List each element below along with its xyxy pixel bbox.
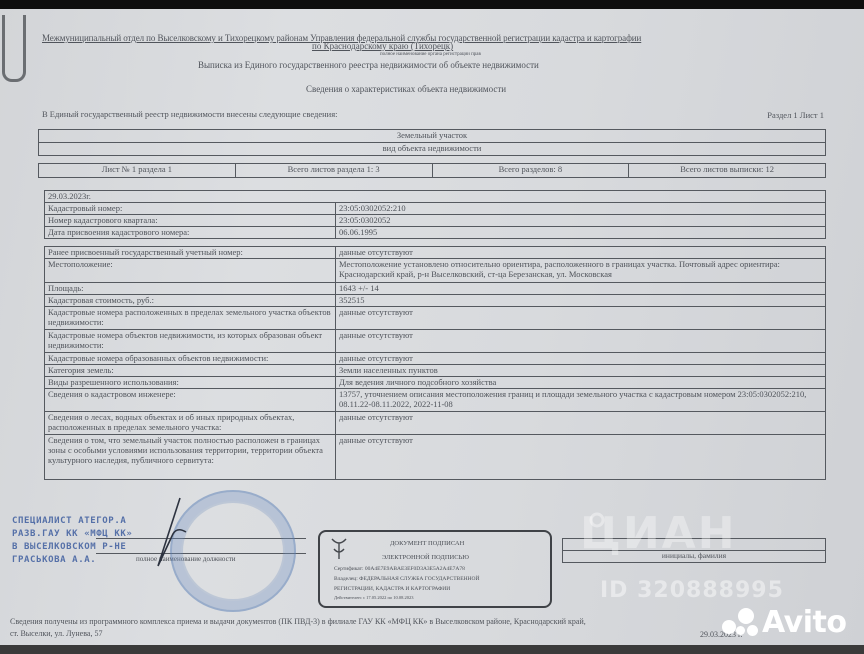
row-label: Площадь: [45, 283, 336, 295]
table-row: Номер кадастрового квартала:23:05:030205… [45, 215, 826, 227]
avito-dots-icon [722, 606, 760, 638]
cian-watermark: ЦИАН [580, 508, 737, 559]
table-row: Кадастровая стоимость, руб.:352515 [45, 295, 826, 307]
avito-wordmark: Avito [762, 605, 846, 640]
row-label: Кадастровые номера расположенных в преде… [45, 307, 336, 330]
agency-line-2: по Краснодарскому краю (Тихорецк) [312, 41, 453, 51]
total-sections: Всего разделов: 8 [432, 164, 629, 178]
total-sheets-section: Всего листов раздела 1: 3 [235, 164, 432, 178]
object-type-box: Земельный участок вид объекта недвижимос… [38, 129, 826, 156]
table-row: Категория земель:Земли населенных пункто… [45, 365, 826, 377]
table-row: Местоположение:Местоположение установлен… [45, 259, 826, 283]
row-value: 23:05:0302052:210 [336, 203, 826, 215]
esig-owner-1: Владелец: ФЕДЕРАЛЬНАЯ СЛУЖБА ГОСУДАРСТВЕ… [334, 576, 479, 582]
specialist-stamp: СПЕЦИАЛИСТ АТЕГОР.А РАЗВ.ГАУ КК «МФЦ КК»… [12, 515, 132, 567]
row-value: 06.06.1995 [336, 227, 826, 239]
paper-clip-icon [2, 15, 26, 82]
esig-cert: Сертификат: 00A4E7E9ABAE3EF0D3A3E5A2A4E7… [334, 566, 465, 572]
cian-id-watermark: ID 320888995 [600, 578, 784, 603]
table-row: Виды разрешенного использования:Для веде… [45, 377, 826, 389]
table-row: Кадастровый номер:23:05:0302052:210 [45, 203, 826, 215]
stamp-line: СПЕЦИАЛИСТ АТЕГОР.А [12, 515, 132, 528]
section-sheet-label: Раздел 1 Лист 1 [767, 110, 824, 120]
table-row: Кадастровые номера расположенных в преде… [45, 307, 826, 330]
row-label: Виды разрешенного использования: [45, 377, 336, 389]
row-label: Кадастровый номер: [45, 203, 336, 215]
row-label: Сведения о том, что земельный участок по… [45, 435, 336, 480]
date-row: 29.03.2023г. [45, 191, 826, 203]
row-value: данные отсутствуют [336, 353, 826, 365]
table-row: Кадастровые номера объектов недвижимости… [45, 330, 826, 353]
handwritten-signature [150, 496, 190, 576]
section-title: Сведения о характеристиках объекта недви… [306, 84, 506, 94]
table-row: Площадь:1643 +/- 14 [45, 283, 826, 295]
table-row: Сведения о том, что земельный участок по… [45, 435, 826, 480]
row-value: данные отсутствуют [336, 412, 826, 435]
row-value: 13757, уточнением описания местоположени… [336, 389, 826, 412]
row-label: Сведения о кадастровом инженере: [45, 389, 336, 412]
row-value: 352515 [336, 295, 826, 307]
row-value: данные отсутствуют [336, 435, 826, 480]
sheet-info-box: Лист № 1 раздела 1 Всего листов раздела … [38, 163, 826, 178]
row-label: Кадастровые номера объектов недвижимости… [45, 330, 336, 353]
row-label: Сведения о лесах, водных объектах и об и… [45, 412, 336, 435]
row-value: данные отсутствуют [336, 307, 826, 330]
coat-of-arms-icon [328, 535, 350, 563]
intro-text: В Единый государственный реестр недвижим… [42, 109, 338, 119]
characteristics-table: 29.03.2023г. Кадастровый номер:23:05:030… [44, 190, 826, 480]
table-row: Кадастровые номера образованных объектов… [45, 353, 826, 365]
row-label: Ранее присвоенный государственный учетны… [45, 247, 336, 259]
stamp-line: В ВЫСЕЛКОВСКОМ Р-НЕ [12, 541, 132, 554]
row-value: данные отсутствуют [336, 330, 826, 353]
row-label: Кадастровая стоимость, руб.: [45, 295, 336, 307]
esig-title-2: ЭЛЕКТРОННОЙ ПОДПИСЬЮ [382, 554, 469, 561]
esig-title-1: ДОКУМЕНТ ПОДПИСАН [390, 540, 464, 547]
bottom-bar [0, 645, 864, 654]
esig-owner-2: РЕГИСТРАЦИИ, КАДАСТРА И КАРТОГРАФИИ [334, 586, 450, 592]
total-sheets-extract: Всего листов выписки: 12 [629, 164, 826, 178]
row-value: Местоположение установлено относительно … [336, 259, 826, 283]
extract-title: Выписка из Единого государственного реес… [198, 60, 539, 70]
row-value: Для ведения личного подсобного хозяйства [336, 377, 826, 389]
footer-line-1: Сведения получены из программного компле… [10, 617, 586, 626]
row-value: 1643 +/- 14 [336, 283, 826, 295]
row-value: данные отсутствуют [336, 247, 826, 259]
sheet-number: Лист № 1 раздела 1 [39, 164, 236, 178]
electronic-signature-box: ДОКУМЕНТ ПОДПИСАН ЭЛЕКТРОННОЙ ПОДПИСЬЮ С… [318, 530, 552, 608]
table-row: Дата присвоения кадастрового номера:06.0… [45, 227, 826, 239]
stamp-line: ГРАСЬКОВА А.А. [12, 554, 132, 567]
row-label: Дата присвоения кадастрового номера: [45, 227, 336, 239]
table-row: Ранее присвоенный государственный учетны… [45, 247, 826, 259]
object-type: Земельный участок [39, 130, 826, 143]
agency-caption: полное наименование органа регистрации п… [380, 52, 481, 57]
row-value: 23:05:0302052 [336, 215, 826, 227]
table-gap [45, 239, 826, 247]
row-label: Номер кадастрового квартала: [45, 215, 336, 227]
table-row: Сведения о лесах, водных объектах и об и… [45, 412, 826, 435]
top-black-bar [0, 0, 864, 9]
row-value: Земли населенных пунктов [336, 365, 826, 377]
footer-line-2: ст. Выселки, ул. Лунева, 57 [10, 629, 102, 638]
row-label: Кадастровые номера образованных объектов… [45, 353, 336, 365]
object-type-caption: вид объекта недвижимости [39, 143, 826, 156]
stamp-line: РАЗВ.ГАУ КК «МФЦ КК» [12, 528, 132, 541]
esig-valid: Действителен: с 17.05.2022 по 10.08.2023 [334, 595, 414, 600]
avito-watermark: Avito [722, 604, 846, 640]
table-row: Сведения о кадастровом инженере:13757, у… [45, 389, 826, 412]
row-label: Местоположение: [45, 259, 336, 283]
row-label: Категория земель: [45, 365, 336, 377]
